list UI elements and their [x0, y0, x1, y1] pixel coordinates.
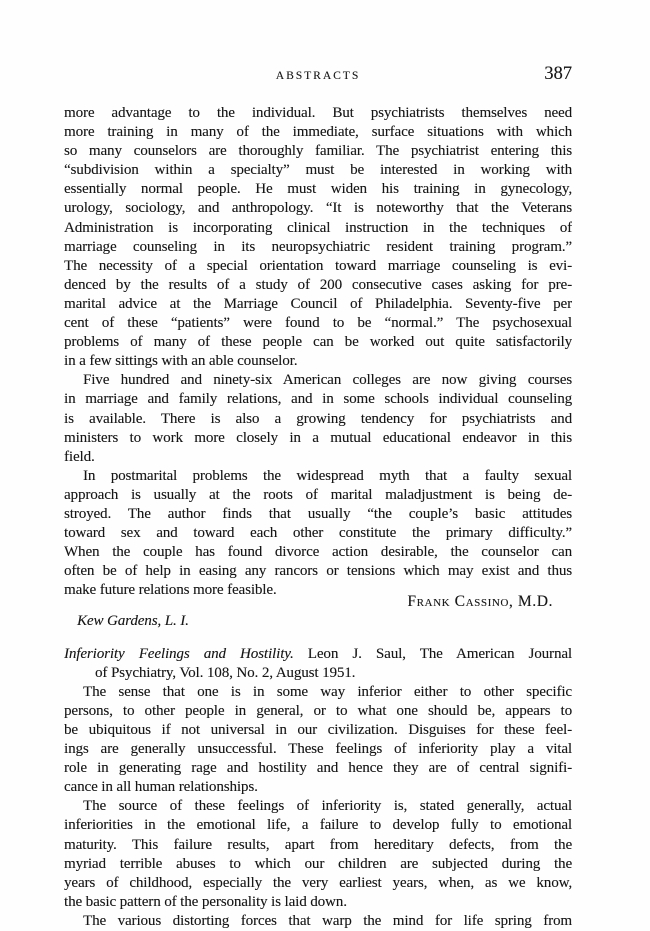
text-line: problems of many of these people can be …	[64, 333, 572, 352]
text-line: stroyed. The author finds that usually “…	[64, 505, 572, 524]
text-line: myriad terrible abuses to which our chil…	[64, 855, 572, 874]
text-line: The sense that one is in some way inferi…	[64, 683, 572, 702]
text-line: years of childhood, especially the very …	[64, 874, 572, 893]
text-line: role in generating rage and hostility an…	[64, 759, 572, 778]
text-line: more advantage to the individual. But ps…	[64, 104, 572, 123]
text-line: marital advice at the Marriage Council o…	[64, 295, 572, 314]
page-number: 387	[544, 64, 572, 85]
paragraph: The sense that one is in some way inferi…	[64, 683, 572, 798]
text-line: urology, sociology, and anthropology. “I…	[64, 199, 572, 218]
text-line: often be of help in easing any rancors o…	[64, 562, 572, 581]
text-line: be ubiquitous if not universal in our ci…	[64, 721, 572, 740]
signature-location-text: Kew Gardens, L. I.	[77, 613, 189, 629]
text-line: toward sex and toward each other constit…	[64, 524, 572, 543]
text-line: “subdivision within a specialty” must be…	[64, 161, 572, 180]
abstract-citation-part2: of Psychiatry, Vol. 108, No. 2, August 1…	[95, 665, 355, 681]
text-line: ministers to work more closely in a mutu…	[64, 429, 572, 448]
signature-name: Frank Cassino, M.D.	[407, 593, 553, 610]
running-title: ABSTRACTS	[64, 70, 572, 82]
paragraph-cutoff: The various distorting forces that warp …	[64, 912, 572, 931]
paragraph-continuation: more advantage to the individual. But ps…	[64, 104, 572, 371]
text-line: more training in many of the immediate, …	[64, 123, 572, 142]
abstract-citation-part1: Leon J. Saul, The American Journal	[308, 646, 572, 662]
text-line: The necessity of a special orientation t…	[64, 257, 572, 276]
paragraph: Five hundred and ninety-six American col…	[64, 371, 572, 466]
text-line: essentially normal people. He must widen…	[64, 180, 572, 199]
text-line: ings are generally unsuccessful. These f…	[64, 740, 572, 759]
text-line: maturity. This failure results, apart fr…	[64, 836, 572, 855]
abstract-heading-line2: of Psychiatry, Vol. 108, No. 2, August 1…	[64, 664, 572, 683]
text-line: The source of these feelings of inferior…	[64, 797, 572, 816]
text-line: approach is usually at the roots of mari…	[64, 486, 572, 505]
text-line: so many counselors are thoroughly famili…	[64, 142, 572, 161]
text-line: cance in all human relationships.	[64, 778, 572, 797]
document-page: ABSTRACTS 387 more advantage to the indi…	[0, 0, 650, 931]
text-line: is available. There is also a growing te…	[64, 410, 572, 429]
text-line: In postmarital problems the widespread m…	[64, 467, 572, 486]
abstract-heading-line1: Inferiority Feelings and Hostility. Leon…	[64, 645, 572, 664]
signature-location: Kew Gardens, L. I.	[64, 612, 572, 631]
text-line: in marriage and family relations, and in…	[64, 390, 572, 409]
text-line: in a few sittings with an able counselor…	[64, 352, 572, 371]
text-line: cent of these “patients” were found to b…	[64, 314, 572, 333]
paragraph: In postmarital problems the widespread m…	[64, 467, 572, 601]
text-line: field.	[64, 448, 572, 467]
text-line: denced by the results of a study of 200 …	[64, 276, 572, 295]
text-line: Five hundred and ninety-six American col…	[64, 371, 572, 390]
text-line: The various distorting forces that warp …	[64, 912, 572, 931]
abstract-heading: Inferiority Feelings and Hostility. Leon…	[64, 645, 572, 683]
text-line: the basic pattern of the personality is …	[64, 893, 572, 912]
page-body: more advantage to the individual. But ps…	[64, 104, 572, 931]
text-line: persons, to other people in general, or …	[64, 702, 572, 721]
paragraph: The source of these feelings of inferior…	[64, 797, 572, 912]
text-line: When the couple has found divorce action…	[64, 543, 572, 562]
text-line: marriage counseling in its neuropsychiat…	[64, 238, 572, 257]
text-line: inferiorities in the emotional life, a f…	[64, 816, 572, 835]
text-line: Administration is incorporating clinical…	[64, 219, 572, 238]
page-header: ABSTRACTS 387	[64, 64, 572, 88]
abstract-title: Inferiority Feelings and Hostility.	[64, 646, 294, 662]
